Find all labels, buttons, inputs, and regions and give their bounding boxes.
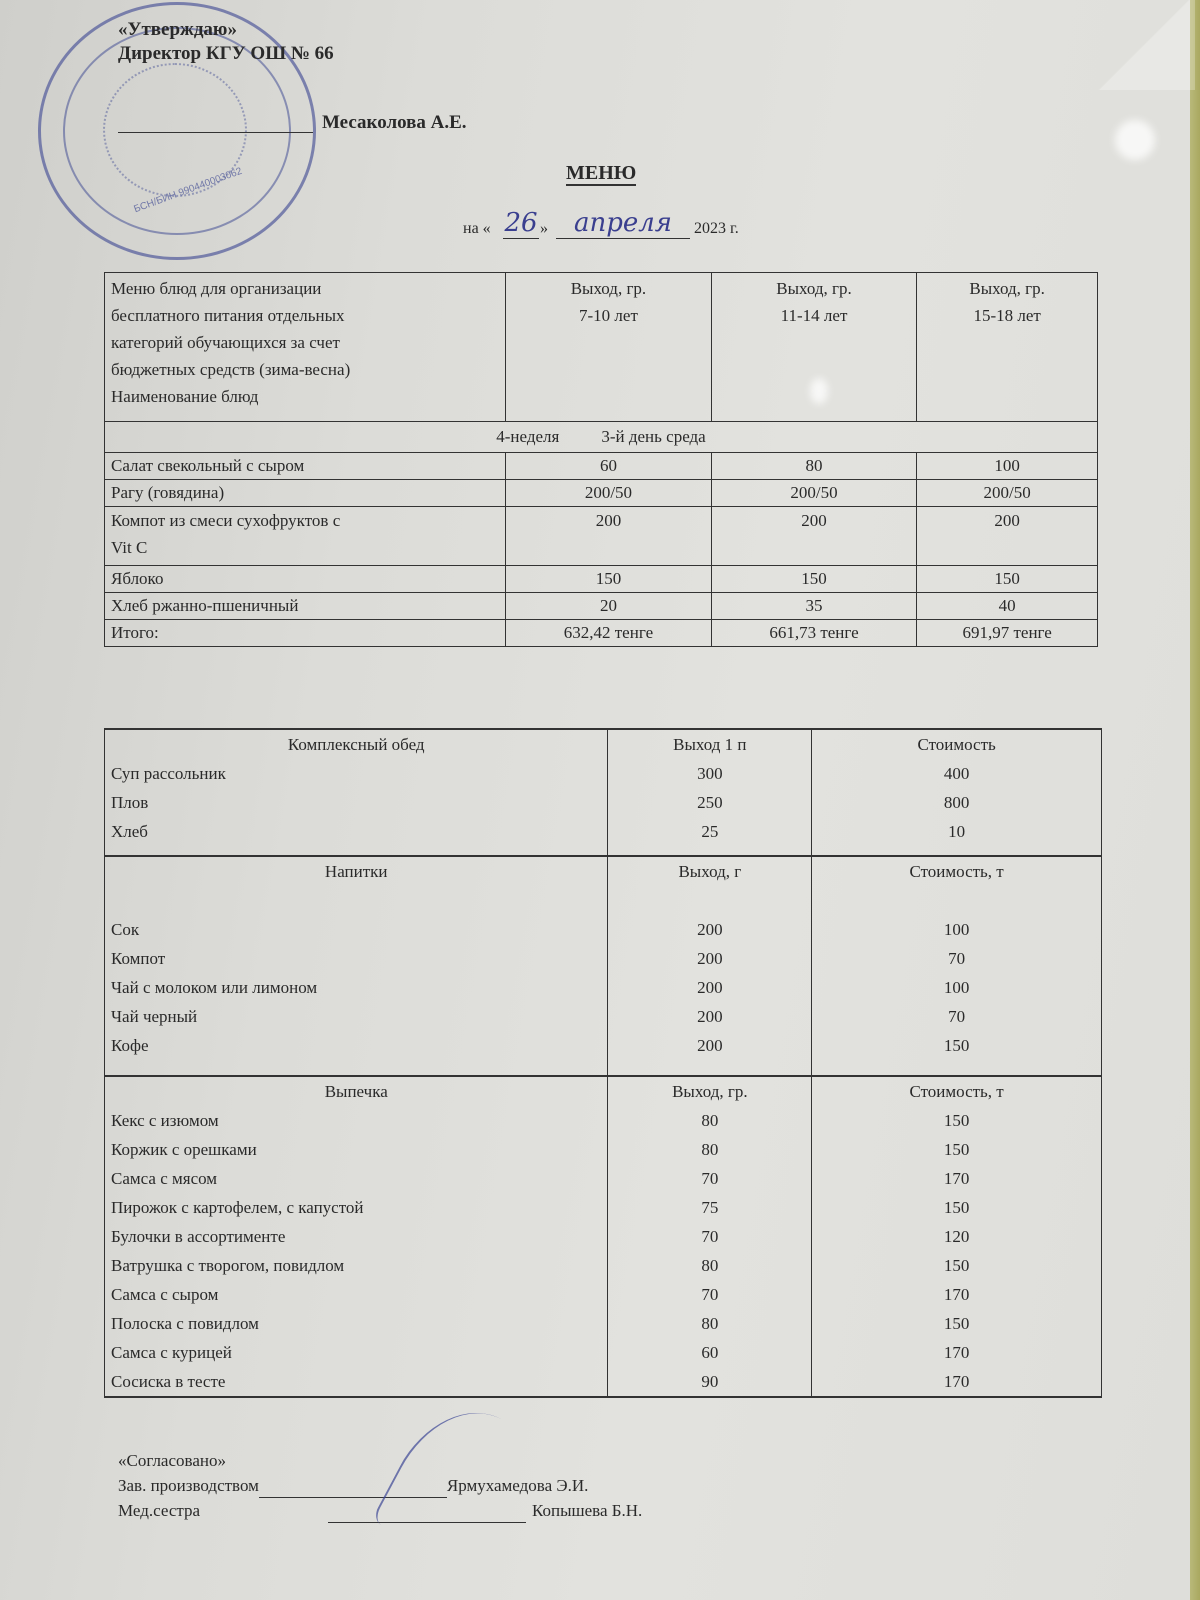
section-column: Стоимость, т1007010070150 <box>812 856 1102 1076</box>
yield-value: 100 <box>917 453 1098 480</box>
yield-value: 200/50 <box>917 480 1098 507</box>
dish-name-line: Яблоко <box>111 566 499 592</box>
section-header: Комплексный обед <box>111 730 601 759</box>
header-line: Выход, гр. <box>512 275 705 302</box>
header-line: Меню блюд для организации <box>111 275 499 302</box>
dish-name-line: Рагу (говядина) <box>111 480 499 506</box>
signer-name: Копышева Б.Н. <box>526 1498 642 1523</box>
item-yield: 25 <box>614 817 805 846</box>
item-name: Чай черный <box>111 1002 601 1031</box>
item-price: 170 <box>818 1338 1095 1367</box>
approve-label: «Утверждаю» <box>118 18 334 42</box>
item-price: 170 <box>818 1164 1095 1193</box>
yield-value: 200 <box>917 507 1098 566</box>
item-yield: 300 <box>614 759 805 788</box>
yield-value: 150 <box>711 566 917 593</box>
table-header-row: Меню блюд для организации бесплатного пи… <box>105 273 1098 422</box>
yield-value: 35 <box>711 593 917 620</box>
item-yield: 80 <box>614 1251 805 1280</box>
item-name: Кофе <box>111 1031 601 1060</box>
item-name: Самса с сыром <box>111 1280 601 1309</box>
table-row: Рагу (говядина)200/50200/50200/50 <box>105 480 1098 507</box>
spacer <box>818 886 1095 915</box>
item-name: Ватрушка с творогом, повидлом <box>111 1251 601 1280</box>
dish-name: Салат свекольный с сыром <box>105 453 506 480</box>
item-name: Суп рассольник <box>111 759 601 788</box>
yield-value: 200/50 <box>711 480 917 507</box>
item-price: 150 <box>818 1031 1095 1060</box>
item-yield: 80 <box>614 1309 805 1338</box>
item-price: 100 <box>818 973 1095 1002</box>
section-header: Стоимость <box>818 730 1095 759</box>
dish-name-line: Компот из смеси сухофруктов с <box>111 507 499 534</box>
section-header: Выход, гр. <box>614 1077 805 1106</box>
section-header: Напитки <box>111 857 601 886</box>
item-price: 400 <box>818 759 1095 788</box>
section-column: Стоимость, т1501501701501201501701501701… <box>812 1076 1102 1397</box>
item-yield: 75 <box>614 1193 805 1222</box>
approval-block: «Утверждаю» Директор КГУ ОШ № 66 <box>118 18 334 66</box>
item-price: 120 <box>818 1222 1095 1251</box>
section-column: Выход 1 п30025025 <box>608 729 812 856</box>
yield-value: 150 <box>506 566 712 593</box>
item-price: 70 <box>818 944 1095 973</box>
section-header: Выход, г <box>614 857 805 886</box>
item-yield: 70 <box>614 1164 805 1193</box>
item-name: Хлеб <box>111 817 601 846</box>
yield-value: 661,73 тенге <box>711 620 917 647</box>
dish-name-line: Салат свекольный с сыром <box>111 453 499 479</box>
header-line: категорий обучающихся за счет <box>111 329 499 356</box>
item-name: Коржик с орешками <box>111 1135 601 1164</box>
section-column: НапиткиСокКомпотЧай с молоком или лимоно… <box>105 856 608 1076</box>
header-line: Выход, гр. <box>923 275 1091 302</box>
day-label: 3-й день среда <box>601 427 705 446</box>
week-day-cell: 4-неделя3-й день среда <box>105 422 1098 453</box>
paper-edge <box>1190 0 1200 1600</box>
section-header: Стоимость, т <box>818 1077 1095 1106</box>
yield-value: 60 <box>506 453 712 480</box>
spacer <box>614 886 805 915</box>
item-name: Полоска с повидлом <box>111 1309 601 1338</box>
director-title: Директор КГУ ОШ № 66 <box>118 42 334 66</box>
table-row: Итого:632,42 тенге661,73 тенге691,97 тен… <box>105 620 1098 647</box>
section-column: Комплексный обедСуп рассольникПловХлеб <box>105 729 608 856</box>
item-price: 150 <box>818 1251 1095 1280</box>
item-price: 150 <box>818 1106 1095 1135</box>
item-yield: 60 <box>614 1338 805 1367</box>
table-row: Яблоко150150150 <box>105 566 1098 593</box>
yield-value: 80 <box>711 453 917 480</box>
yield-value: 20 <box>506 593 712 620</box>
yield-value: 150 <box>917 566 1098 593</box>
glare <box>1115 120 1155 160</box>
dish-name-line: Итого: <box>111 620 499 646</box>
dish-name-line: Хлеб ржанно-пшеничный <box>111 593 499 619</box>
section-column: Выход, гр.80807075708070806090 <box>608 1076 812 1397</box>
item-yield: 250 <box>614 788 805 817</box>
date-mid: » <box>540 220 548 238</box>
item-name: Сок <box>111 915 601 944</box>
week-day-row: 4-неделя3-й день среда <box>105 422 1098 453</box>
item-yield: 200 <box>614 944 805 973</box>
item-price: 100 <box>818 915 1095 944</box>
header-line: 11-14 лет <box>718 302 911 329</box>
header-line: Выход, гр. <box>718 275 911 302</box>
dish-name-header: Меню блюд для организации бесплатного пи… <box>105 273 506 422</box>
page-title: МЕНЮ <box>566 162 636 186</box>
dish-name: Компот из смеси сухофруктов сVit C <box>105 507 506 566</box>
item-yield: 80 <box>614 1106 805 1135</box>
signer-row: Зав. производством Ярмухамедова Э.И. <box>118 1473 642 1498</box>
header-line: бюджетных средств (зима-весна) <box>111 356 499 383</box>
item-price: 10 <box>818 817 1095 846</box>
header-line: бесплатного питания отдельных <box>111 302 499 329</box>
yield-value: 200 <box>711 507 917 566</box>
spacer <box>111 886 601 915</box>
item-price: 150 <box>818 1309 1095 1338</box>
dish-name: Итого: <box>105 620 506 647</box>
table-row: Салат свекольный с сыром6080100 <box>105 453 1098 480</box>
dish-name: Яблоко <box>105 566 506 593</box>
section-header: Стоимость, т <box>818 857 1095 886</box>
item-price: 170 <box>818 1367 1095 1396</box>
section-column: Выход, г200200200200200 <box>608 856 812 1076</box>
item-yield: 200 <box>614 915 805 944</box>
director-name: Месаколова А.Е. <box>322 112 467 134</box>
item-name: Кекс с изюмом <box>111 1106 601 1135</box>
date-year: 2023 г. <box>694 220 739 238</box>
age-col-header: Выход, гр. 15-18 лет <box>917 273 1098 422</box>
yield-value: 200/50 <box>506 480 712 507</box>
free-meals-table: Меню блюд для организации бесплатного пи… <box>104 272 1098 647</box>
item-name: Пирожок с картофелем, с капустой <box>111 1193 601 1222</box>
yield-value: 40 <box>917 593 1098 620</box>
item-yield: 200 <box>614 973 805 1002</box>
handwritten-signature <box>371 1387 540 1572</box>
item-name: Компот <box>111 944 601 973</box>
week-label: 4-неделя <box>496 427 559 446</box>
header-line: Наименование блюд <box>111 383 499 410</box>
item-yield: 80 <box>614 1135 805 1164</box>
item-yield: 200 <box>614 1031 805 1060</box>
item-name: Сосиска в тесте <box>111 1367 601 1396</box>
item-name: Чай с молоком или лимоном <box>111 973 601 1002</box>
yield-value: 632,42 тенге <box>506 620 712 647</box>
item-price: 800 <box>818 788 1095 817</box>
item-name: Самса с курицей <box>111 1338 601 1367</box>
section-column: ВыпечкаКекс с изюмомКоржик с орешкамиСам… <box>105 1076 608 1397</box>
header-line: 7-10 лет <box>512 302 705 329</box>
paper-fold <box>1095 0 1195 90</box>
agreed-label: «Согласовано» <box>118 1448 642 1473</box>
item-yield: 70 <box>614 1280 805 1309</box>
item-yield: 70 <box>614 1222 805 1251</box>
item-name: Плов <box>111 788 601 817</box>
age-col-header: Выход, гр. 11-14 лет <box>711 273 917 422</box>
section-header: Выпечка <box>111 1077 601 1106</box>
signer-role: Зав. производством <box>118 1473 259 1498</box>
header-line: 15-18 лет <box>923 302 1091 329</box>
age-col-header: Выход, гр. 7-10 лет <box>506 273 712 422</box>
menu-section: НапиткиСокКомпотЧай с молоком или лимоно… <box>105 856 1102 1076</box>
table-row: Компот из смеси сухофруктов сVit C200200… <box>105 507 1098 566</box>
paid-menu-table: Комплексный обедСуп рассольникПловХлебВы… <box>104 728 1102 1398</box>
menu-section: Комплексный обедСуп рассольникПловХлебВы… <box>105 729 1102 856</box>
item-yield: 200 <box>614 1002 805 1031</box>
yield-value: 200 <box>506 507 712 566</box>
item-name: Булочки в ассортименте <box>111 1222 601 1251</box>
menu-section: ВыпечкаКекс с изюмомКоржик с орешкамиСам… <box>105 1076 1102 1397</box>
stamp-bin: БСН/БИН 990440003062 <box>133 166 244 215</box>
item-price: 150 <box>818 1135 1095 1164</box>
director-signature-line <box>118 132 313 133</box>
item-name: Самса с мясом <box>111 1164 601 1193</box>
item-yield: 90 <box>614 1367 805 1396</box>
signer-role: Мед.сестра <box>118 1498 328 1523</box>
date-day: 26 <box>503 208 539 239</box>
date-month: апреля <box>556 208 690 239</box>
item-price: 150 <box>818 1193 1095 1222</box>
table-row: Хлеб ржанно-пшеничный203540 <box>105 593 1098 620</box>
item-price: 170 <box>818 1280 1095 1309</box>
date-prefix: на « <box>463 220 491 238</box>
section-column: Стоимость40080010 <box>812 729 1102 856</box>
yield-value: 691,97 тенге <box>917 620 1098 647</box>
dish-name-line: Vit C <box>111 534 499 561</box>
section-header: Выход 1 п <box>614 730 805 759</box>
dish-name: Рагу (говядина) <box>105 480 506 507</box>
item-price: 70 <box>818 1002 1095 1031</box>
dish-name: Хлеб ржанно-пшеничный <box>105 593 506 620</box>
